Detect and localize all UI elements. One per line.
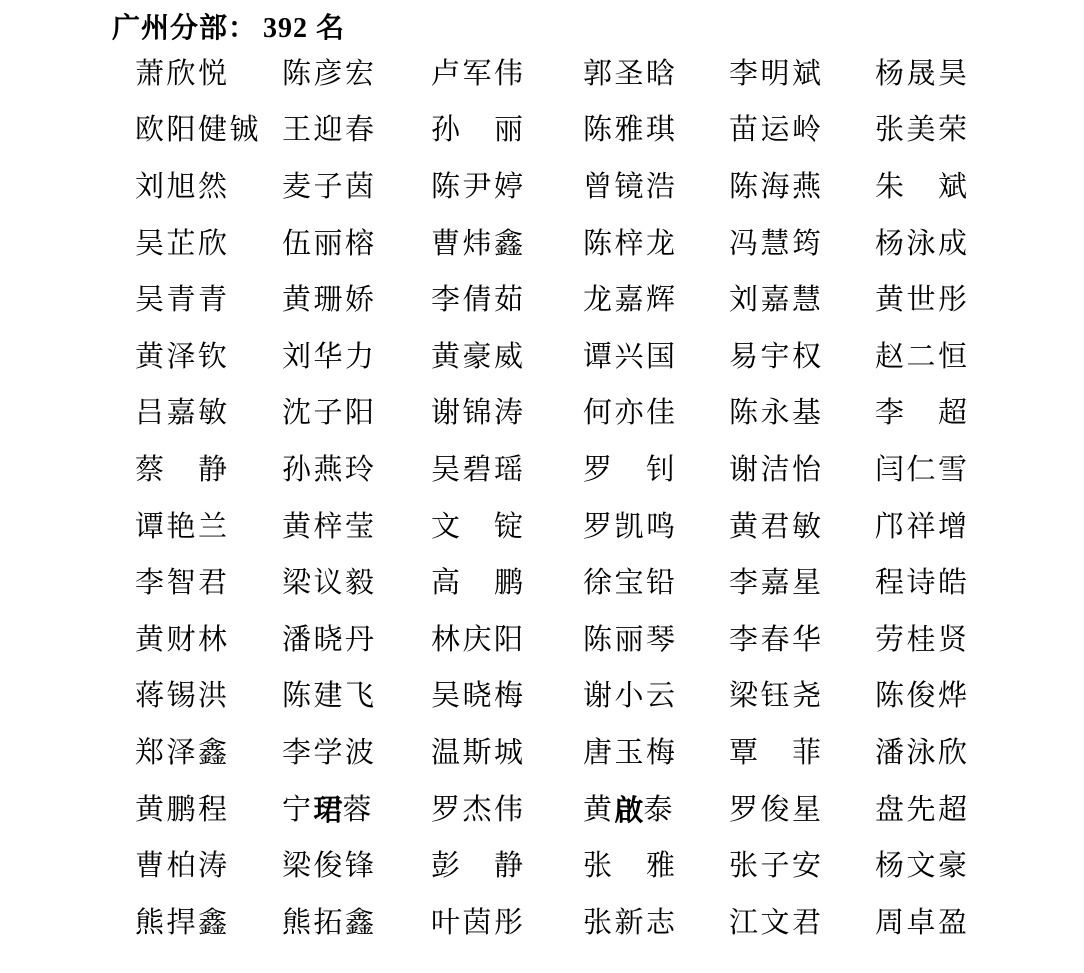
person-name: 欧阳健铖 bbox=[135, 103, 282, 160]
person-name: 黄君敏 bbox=[729, 499, 875, 556]
person-name: 潘晓丹 bbox=[282, 612, 431, 669]
person-name: 李嘉星 bbox=[729, 555, 875, 612]
person-name: 陈永基 bbox=[729, 386, 875, 443]
person-name: 黄豪威 bbox=[431, 329, 583, 386]
person-name: 叶茵彤 bbox=[431, 895, 583, 952]
person-name: 杨泳成 bbox=[875, 216, 1025, 273]
person-name: 刘华力 bbox=[282, 329, 431, 386]
person-name: 黄珊娇 bbox=[282, 272, 431, 329]
page-title: 广州分部：392名 bbox=[112, 6, 345, 46]
person-name: 李智君 bbox=[135, 555, 282, 612]
person-name: 邝祥增 bbox=[875, 499, 1025, 556]
person-name: 陈雅琪 bbox=[583, 103, 729, 160]
person-name: 梁钰尧 bbox=[729, 669, 875, 726]
person-name: 林庆阳 bbox=[431, 612, 583, 669]
person-name: 高 鹏 bbox=[431, 555, 583, 612]
person-name: 江文君 bbox=[729, 895, 875, 952]
person-name: 龙嘉辉 bbox=[583, 272, 729, 329]
member-count-unit: 名 bbox=[316, 13, 345, 44]
person-name: 熊拓鑫 bbox=[282, 895, 431, 952]
person-name: 徐宝铅 bbox=[583, 555, 729, 612]
person-name: 李倩茹 bbox=[431, 272, 583, 329]
person-name: 程诗皓 bbox=[875, 555, 1025, 612]
person-name: 吴芷欣 bbox=[135, 216, 282, 273]
person-name: 沈子阳 bbox=[282, 386, 431, 443]
person-name: 梁俊锋 bbox=[282, 838, 431, 895]
person-name: 蔡 静 bbox=[135, 442, 282, 499]
person-name: 吕嘉敏 bbox=[135, 386, 282, 443]
person-name: 杨晟昊 bbox=[875, 46, 1025, 103]
name-roster-grid: 萧欣悦陈彦宏卢军伟郭圣晗李明斌杨晟昊欧阳健铖王迎春孙 丽陈雅琪苗运岭张美荣刘旭然… bbox=[135, 46, 1025, 952]
person-name: 苗运岭 bbox=[729, 103, 875, 160]
person-name: 黄啟泰 bbox=[583, 782, 729, 839]
person-name: 孙燕玲 bbox=[282, 442, 431, 499]
person-name: 陈梓龙 bbox=[583, 216, 729, 273]
person-name: 谢洁怡 bbox=[729, 442, 875, 499]
person-name: 熊捍鑫 bbox=[135, 895, 282, 952]
person-name: 张子安 bbox=[729, 838, 875, 895]
person-name: 郑泽鑫 bbox=[135, 725, 282, 782]
person-name: 张 雅 bbox=[583, 838, 729, 895]
person-name: 李春华 bbox=[729, 612, 875, 669]
person-name: 何亦佳 bbox=[583, 386, 729, 443]
person-name: 文 锭 bbox=[431, 499, 583, 556]
person-name: 陈尹婷 bbox=[431, 159, 583, 216]
person-name: 周卓盈 bbox=[875, 895, 1025, 952]
person-name: 易宇权 bbox=[729, 329, 875, 386]
person-name: 梁议毅 bbox=[282, 555, 431, 612]
person-name: 李 超 bbox=[875, 386, 1025, 443]
person-name: 吴晓梅 bbox=[431, 669, 583, 726]
person-name: 李明斌 bbox=[729, 46, 875, 103]
person-name: 潘泳欣 bbox=[875, 725, 1025, 782]
person-name: 王迎春 bbox=[282, 103, 431, 160]
person-name: 吴碧瑶 bbox=[431, 442, 583, 499]
member-count: 392 bbox=[263, 13, 308, 44]
person-name: 唐玉梅 bbox=[583, 725, 729, 782]
person-name: 罗俊星 bbox=[729, 782, 875, 839]
person-name: 闫仁雪 bbox=[875, 442, 1025, 499]
person-name: 曹柏涛 bbox=[135, 838, 282, 895]
branch-title-label: 广州分部： bbox=[112, 13, 257, 44]
person-name: 黄世彤 bbox=[875, 272, 1025, 329]
person-name: 蒋锡洪 bbox=[135, 669, 282, 726]
person-name: 谭艳兰 bbox=[135, 499, 282, 556]
person-name: 麦子茵 bbox=[282, 159, 431, 216]
person-name: 朱 斌 bbox=[875, 159, 1025, 216]
person-name: 黄鹏程 bbox=[135, 782, 282, 839]
person-name: 伍丽榕 bbox=[282, 216, 431, 273]
person-name: 杨文豪 bbox=[875, 838, 1025, 895]
person-name: 陈海燕 bbox=[729, 159, 875, 216]
person-name: 赵二恒 bbox=[875, 329, 1025, 386]
person-name: 罗 钊 bbox=[583, 442, 729, 499]
person-name: 曹炜鑫 bbox=[431, 216, 583, 273]
person-name: 卢军伟 bbox=[431, 46, 583, 103]
person-name: 劳桂贤 bbox=[875, 612, 1025, 669]
person-name: 陈俊烨 bbox=[875, 669, 1025, 726]
person-name: 陈彦宏 bbox=[282, 46, 431, 103]
person-name: 黄财林 bbox=[135, 612, 282, 669]
person-name: 盘先超 bbox=[875, 782, 1025, 839]
person-name: 谢锦涛 bbox=[431, 386, 583, 443]
person-name: 张新志 bbox=[583, 895, 729, 952]
person-name: 张美荣 bbox=[875, 103, 1025, 160]
person-name: 陈丽琴 bbox=[583, 612, 729, 669]
person-name: 谭兴国 bbox=[583, 329, 729, 386]
person-name: 谢小云 bbox=[583, 669, 729, 726]
person-name: 郭圣晗 bbox=[583, 46, 729, 103]
person-name: 宁珺蓉 bbox=[282, 782, 431, 839]
document-page: 广州分部：392名 萧欣悦陈彦宏卢军伟郭圣晗李明斌杨晟昊欧阳健铖王迎春孙 丽陈雅… bbox=[0, 0, 1084, 973]
person-name: 刘旭然 bbox=[135, 159, 282, 216]
person-name: 孙 丽 bbox=[431, 103, 583, 160]
person-name: 陈建飞 bbox=[282, 669, 431, 726]
person-name: 黄梓莹 bbox=[282, 499, 431, 556]
fallback-font-char: 啟 bbox=[615, 796, 644, 825]
person-name: 吴青青 bbox=[135, 272, 282, 329]
person-name: 李学波 bbox=[282, 725, 431, 782]
person-name: 曾镜浩 bbox=[583, 159, 729, 216]
person-name: 覃 菲 bbox=[729, 725, 875, 782]
person-name: 冯慧筠 bbox=[729, 216, 875, 273]
person-name: 罗凯鸣 bbox=[583, 499, 729, 556]
person-name: 黄泽钦 bbox=[135, 329, 282, 386]
person-name: 萧欣悦 bbox=[135, 46, 282, 103]
person-name: 彭 静 bbox=[431, 838, 583, 895]
fallback-font-char: 珺 bbox=[314, 796, 343, 825]
person-name: 罗杰伟 bbox=[431, 782, 583, 839]
person-name: 温斯城 bbox=[431, 725, 583, 782]
person-name: 刘嘉慧 bbox=[729, 272, 875, 329]
